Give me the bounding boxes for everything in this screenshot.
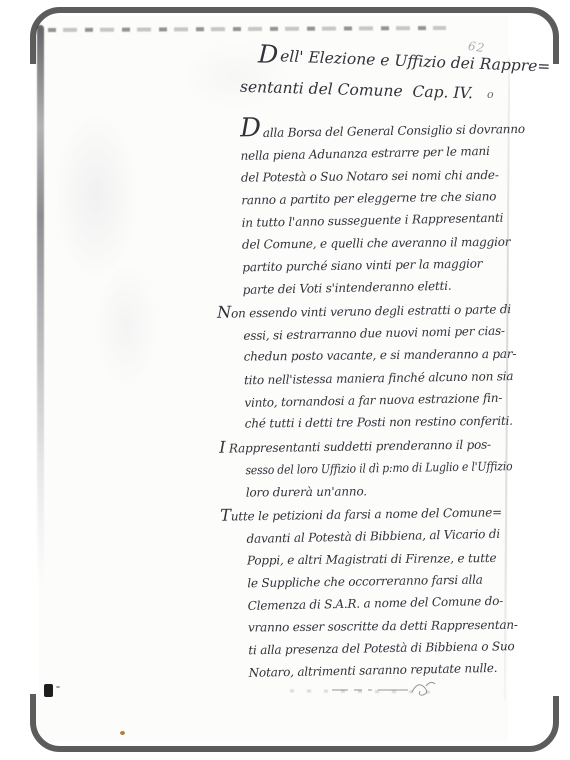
manuscript-line: ché tutti i detti tre Posti non restino … [245,410,521,435]
paragraph: Dalla Borsa del General Consiglio si dov… [240,118,519,301]
manuscript-line: del Comune, e quelli che averanno il mag… [242,230,518,255]
manuscript-body: Dalla Borsa del General Consiglio si dov… [240,118,525,684]
manuscript-line: Poppi, e altri Magistrati di Firenze, e … [247,546,523,571]
binding-smudge [37,25,44,585]
manuscript-line: chedun posto vacante, e si manderanno a … [244,343,520,368]
folio-number: 62 [467,39,486,56]
end-flourish [330,678,455,698]
manuscript-line: vranno esser soscritte da detti Rapprese… [248,613,524,638]
document-scan: { "colors": { "frame": "#5c5c5c", "ink":… [0,0,570,760]
manuscript-line: sesso del loro Uffizio il dì p:mo di Lug… [245,456,494,482]
ink-blot-mark [44,684,53,697]
paragraph: Non essendo vinti veruno degli estratti … [243,297,521,436]
orange-speck [120,731,125,735]
paragraph: I Rappresentanti suddetti prenderanno il… [245,432,522,504]
margin-o-mark: o [487,88,494,101]
paragraph: Tutte le petizioni da farsi a nome del C… [246,500,525,684]
manuscript-line: loro durerà un'anno. [246,478,522,503]
manuscript-line: del Potestà o Suo Notaro sei nomi chi an… [241,163,517,188]
frame-fade-right [551,64,562,696]
